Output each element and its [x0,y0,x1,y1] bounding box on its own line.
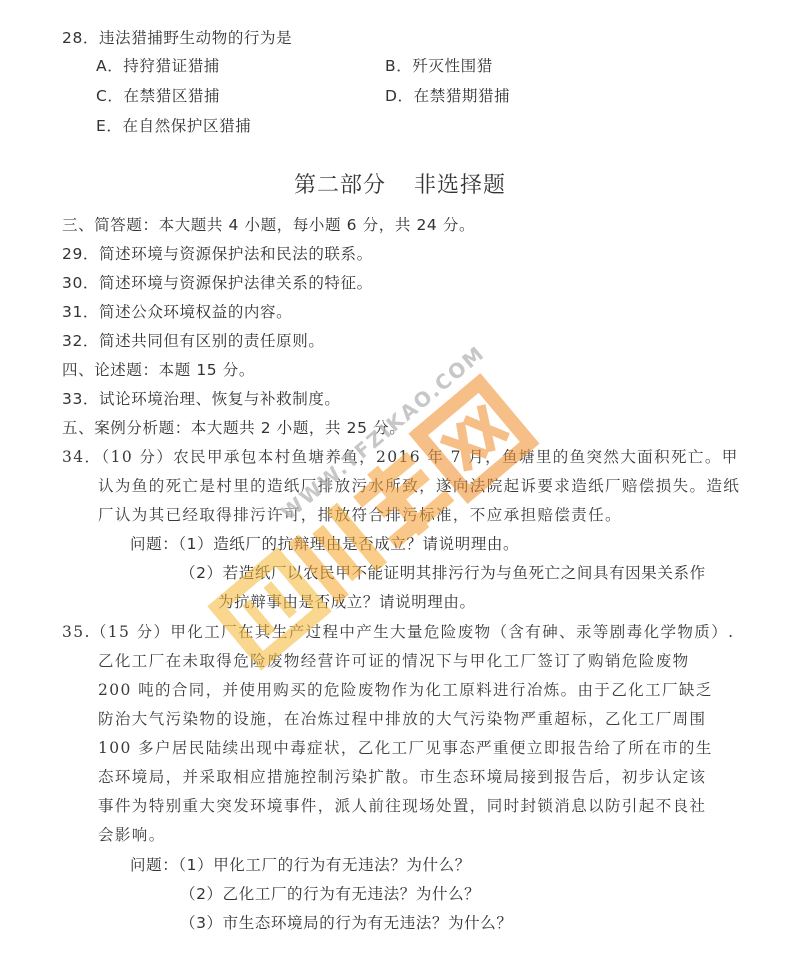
question-28-option-e: E．在自然保护区猎捕 [96,116,251,136]
question-35-line-3: 200 吨的合同，并使用购买的危险废物作为化工原料进行冶炼。由于乙化工厂缺乏 [98,680,713,700]
question-34-sub-2: （2）若造纸厂以农民甲不能证明其排污行为与鱼死亡之间具有因果关系作 [180,563,706,583]
question-33: 33．试论环境治理、恢复与补救制度。 [62,389,341,409]
question-35-sub-2: （2）乙化工厂的行为有无违法？为什么？ [180,884,480,904]
exam-page: 28．违法猎捕野生动物的行为是 A．持狩猎证猎捕 B．歼灭性围猎 C．在禁猎区猎… [0,0,800,976]
question-32: 32．简述共同但有区别的责任原则。 [62,331,324,351]
question-35-line-2: 乙化工厂在未取得危险废物经营许可证的情况下与甲化工厂签订了购销危险废物 [98,651,690,671]
question-34-sub-1: 问题：（1）造纸厂的抗辩理由是否成立？请说明理由。 [130,534,519,554]
question-28-option-a: A．持狩猎证猎捕 [96,56,220,76]
question-35-line-6: 态环境局，并采取相应措施控制污染扩散。市生态环境局接到报告后，初步认定该 [98,767,706,787]
section-4-heading: 四、论述题：本题 15 分。 [62,360,255,380]
question-35-line-4: 防治大气污染物的设施，在冶炼过程中排放的大气污染物严重超标，乙化工厂周围 [98,709,706,729]
question-35-line-1: 35.（15 分）甲化工厂在其生产过程中产生大量危险废物（含有砷、汞等剧毒化学物… [62,622,734,642]
question-28-option-b: B．歼灭性围猎 [385,56,493,76]
question-29: 29．简述环境与资源保护法和民法的联系。 [62,244,373,264]
section-5-heading: 五、案例分析题：本大题共 2 小题，共 25 分。 [62,418,405,438]
section-3-heading: 三、简答题：本大题共 4 小题，每小题 6 分，共 24 分。 [62,215,475,235]
question-34-line-1: 34．（10 分）农民甲承包本村鱼塘养鱼，2016 年 7 月，鱼塘里的鱼突然大… [62,447,739,467]
question-28-option-d: D．在禁猎期猎捕 [385,86,510,106]
part-title-left: 第二部分 [294,173,386,198]
question-35-line-7: 事件为特别重大突发环境事件，派人前往现场处置，同时封锁消息以防引起不良社 [98,796,706,816]
question-34-sub-2-cont: 为抗辩事由是否成立？请说明理由。 [218,592,476,612]
part-title: 第二部分非选择题 [0,172,800,200]
question-31: 31．简述公众环境权益的内容。 [62,302,292,322]
question-28-stem: 28．违法猎捕野生动物的行为是 [62,28,292,48]
question-34-line-2: 认为鱼的死亡是村里的造纸厂排放污水所致，遂向法院起诉要求造纸厂赔偿损失。造纸 [98,476,740,496]
question-35-line-5: 100 多户居民陆续出现中毒症状，乙化工厂见事态严重便立即报告给了所在市的生 [98,738,713,758]
question-35-sub-1: 问题：（1）甲化工厂的行为有无违法？为什么？ [130,855,471,875]
question-30: 30．简述环境与资源保护法律关系的特征。 [62,273,373,293]
question-28-option-c: C．在禁猎区猎捕 [96,86,220,106]
part-title-right: 非选择题 [414,173,506,198]
question-35-sub-3: （3）市生态环境局的行为有无违法？为什么？ [180,913,512,933]
question-35-line-8: 会影响。 [98,825,166,845]
question-34-line-3: 厂认为其已经取得排污许可，排放符合排污标准，不应承担赔偿责任。 [98,505,622,525]
